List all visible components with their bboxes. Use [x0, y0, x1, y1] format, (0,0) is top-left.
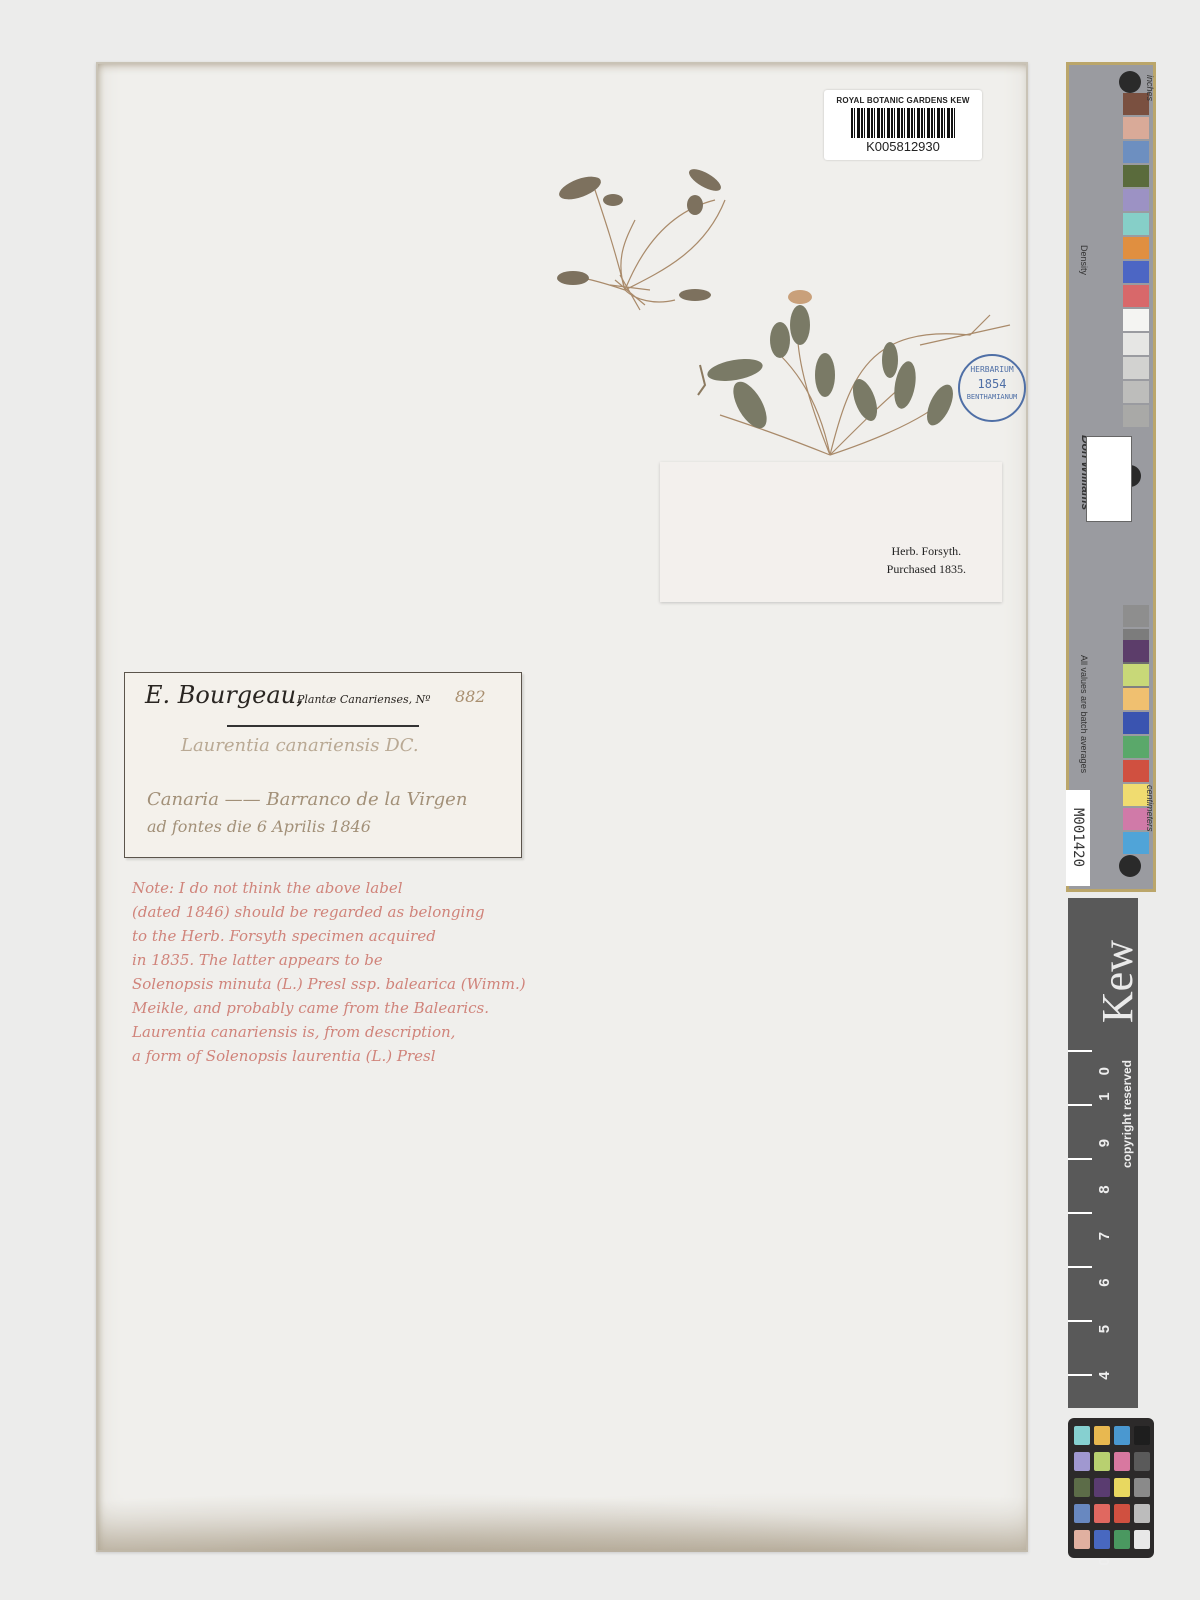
color-chip: [1094, 1504, 1110, 1523]
ruler-hole-icon: [1119, 855, 1141, 877]
swatch: [1123, 237, 1149, 259]
color-chip: [1094, 1452, 1110, 1471]
herbarium-stamp: HERBARIUM 1854 BENTHAMIANUM: [958, 354, 1026, 422]
swatch: [1123, 309, 1149, 331]
swatch: [1123, 605, 1149, 627]
note-line: Note: I do not think the above label: [132, 876, 592, 900]
color-chip: [1074, 1478, 1090, 1497]
color-checker-card: [1068, 1418, 1154, 1558]
swatch: [1123, 664, 1149, 686]
swatch: [1123, 736, 1149, 758]
sheet-stain: [96, 1482, 1028, 1552]
institution-name: ROYAL BOTANIC GARDENS KEW: [824, 96, 982, 105]
label-divider: [227, 725, 419, 727]
swatch: [1123, 213, 1149, 235]
swatch: [1123, 688, 1149, 710]
color-chip: [1074, 1452, 1090, 1471]
color-chip: [1134, 1478, 1150, 1497]
color-chip: [1094, 1426, 1110, 1445]
taxon-name: Laurentia canariensis DC.: [181, 735, 419, 756]
swatch: [1123, 285, 1149, 307]
color-chip: [1074, 1426, 1090, 1445]
packet-line-1: Herb. Forsyth.: [887, 542, 966, 560]
ruler-code: M001420: [1066, 790, 1090, 886]
swatch: [1123, 640, 1149, 662]
units-inches: inches: [1145, 75, 1155, 101]
barcode-label: ROYAL BOTANIC GARDENS KEW K005812930: [824, 90, 982, 160]
note-line: in 1835. The latter appears to be: [132, 948, 592, 972]
swatch: [1123, 141, 1149, 163]
density-label: Density: [1079, 245, 1089, 275]
kew-logo: Kew: [1092, 940, 1143, 1023]
note-line: a form of Solenopsis laurentia (L.) Pres…: [132, 1044, 592, 1068]
swatch: [1123, 261, 1149, 283]
note-line: Laurentia canariensis is, from descripti…: [132, 1020, 592, 1044]
specimen-packet: Herb. Forsyth. Purchased 1835.: [660, 462, 1002, 602]
ruler-note: All values are batch averages: [1079, 655, 1089, 773]
color-chip: [1074, 1504, 1090, 1523]
ruler-hole-icon: [1119, 71, 1141, 93]
collector-label: E. Bourgeau, Plantæ Canarienses, Nº 882 …: [124, 672, 522, 858]
cm-ticks: [1068, 1050, 1092, 1400]
swatch: [1123, 760, 1149, 782]
swatch: [1123, 165, 1149, 187]
barcode-number: K005812930: [824, 139, 982, 154]
stamp-year: 1854: [960, 377, 1024, 391]
collection-number: 882: [455, 687, 486, 706]
color-chip: [1114, 1452, 1130, 1471]
series-name: Plantæ Canarienses, Nº: [297, 693, 430, 706]
swatch: [1123, 333, 1149, 355]
grey-scale-target: [1086, 436, 1132, 522]
swatch: [1123, 405, 1149, 427]
swatch: [1123, 357, 1149, 379]
swatch: [1123, 381, 1149, 403]
stamp-top-text: HERBARIUM: [960, 365, 1024, 374]
color-chip: [1134, 1530, 1150, 1549]
color-chip: [1114, 1478, 1130, 1497]
stamp-bottom-text: BENTHAMIANUM: [960, 393, 1024, 401]
note-line: (dated 1846) should be regarded as belon…: [132, 900, 592, 924]
color-chip: [1094, 1478, 1110, 1497]
packet-label: Herb. Forsyth. Purchased 1835.: [887, 542, 966, 578]
annotation-note: Note: I do not think the above label (da…: [132, 876, 592, 1068]
color-chip: [1134, 1452, 1150, 1471]
note-line: Solenopsis minuta (L.) Presl ssp. balear…: [132, 972, 592, 996]
note-line: to the Herb. Forsyth specimen acquired: [132, 924, 592, 948]
locality-line-2: ad fontes die 6 Aprilis 1846: [147, 817, 371, 836]
swatch: [1123, 189, 1149, 211]
swatch: [1123, 117, 1149, 139]
note-line: Meikle, and probably came from the Balea…: [132, 996, 592, 1020]
collector-name: E. Bourgeau,: [145, 681, 304, 709]
copyright-text: copyright reserved: [1120, 1060, 1134, 1168]
color-chip: [1134, 1426, 1150, 1445]
color-swatches-upper: [1123, 93, 1149, 429]
color-chip: [1094, 1530, 1110, 1549]
locality-line-1: Canaria —— Barranco de la Virgen: [147, 789, 467, 810]
swatch: [1123, 832, 1149, 854]
swatch: [1123, 712, 1149, 734]
packet-line-2: Purchased 1835.: [887, 560, 966, 578]
barcode-icon: [851, 108, 955, 138]
color-chip: [1114, 1530, 1130, 1549]
color-chip: [1114, 1426, 1130, 1445]
color-chip: [1134, 1504, 1150, 1523]
color-chip: [1074, 1530, 1090, 1549]
color-chip: [1114, 1504, 1130, 1523]
units-centimeters: centimeters: [1145, 785, 1155, 832]
